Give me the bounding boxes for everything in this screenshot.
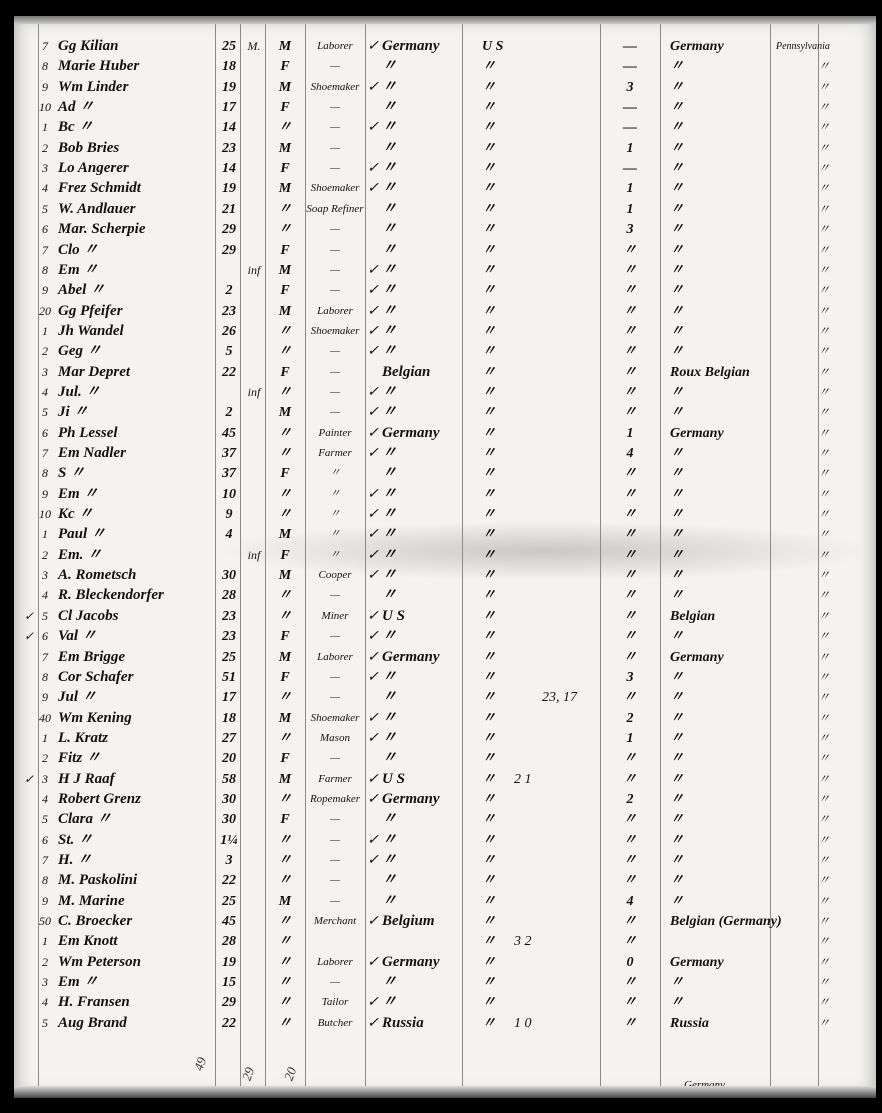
pieces: 〃: [602, 1012, 658, 1035]
passenger-name: Aug Brand: [58, 1012, 238, 1035]
page-top-edge: [14, 16, 876, 24]
row-number: 5: [34, 1012, 56, 1035]
ledger-page: 7Gg Kilian25M.MLaborer✓GermanyU S—German…: [14, 16, 876, 1098]
extra-figures: 1 0: [514, 1012, 594, 1035]
table-row: 5Aug Brand22〃Butcher✓Russia〃1 0〃Russia〃: [14, 1012, 876, 1035]
destination: Russia: [662, 1012, 772, 1035]
footer-tally-b: 29: [239, 1065, 258, 1083]
age: 22: [216, 1012, 242, 1035]
margin-check: [14, 1012, 34, 1035]
sex: 〃: [266, 1012, 304, 1035]
page-bottom-edge: [14, 1086, 876, 1098]
occupation: Butcher: [304, 1012, 366, 1035]
footer-tally-a: 49: [191, 1055, 210, 1073]
country: Russia: [382, 1012, 462, 1035]
footer-tally-c: 20: [281, 1065, 300, 1083]
marital-status: [242, 1012, 266, 1035]
final-destination: 〃: [772, 1012, 876, 1035]
literacy-check: ✓: [364, 1012, 382, 1035]
